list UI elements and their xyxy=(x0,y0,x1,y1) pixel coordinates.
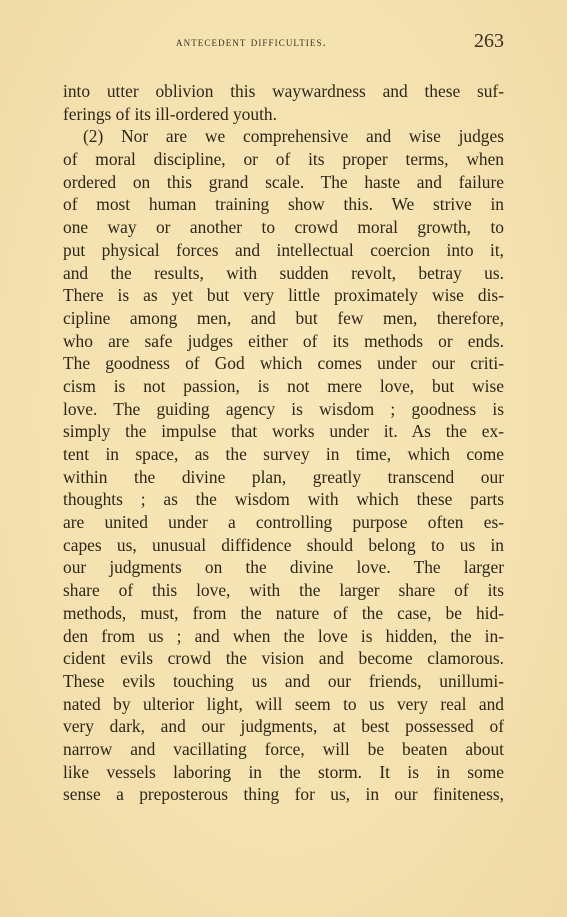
text-line: sense a preposterous thing for us, in ou… xyxy=(63,783,504,806)
text-line: are united under a controlling purpose o… xyxy=(63,511,504,534)
text-line: one way or another to crowd moral growth… xyxy=(63,216,504,239)
text-line: den from us ; and when the love is hidde… xyxy=(63,625,504,648)
text-line: cism is not passion, is not mere love, b… xyxy=(63,375,504,398)
text-line: into utter oblivion this waywardness and… xyxy=(63,80,504,103)
text-line: very dark, and our judgments, at best po… xyxy=(63,715,504,738)
text-line: (2) Nor are we comprehensive and wise ju… xyxy=(63,125,504,148)
book-page: ANTECEDENT DIFFICULTIES. 263 into utter … xyxy=(0,0,567,917)
text-line: ordered on this grand scale. The haste a… xyxy=(63,171,504,194)
page-number: 263 xyxy=(474,30,504,53)
text-line: ferings of its ill-ordered youth. xyxy=(63,103,504,126)
text-line: cident evils crowd the vision and become… xyxy=(63,647,504,670)
text-line: simply the impulse that works under it. … xyxy=(63,420,504,443)
text-line: and the results, with sudden revolt, bet… xyxy=(63,262,504,285)
text-line: of moral discipline, or of its proper te… xyxy=(63,148,504,171)
text-line: These evils touching us and our friends,… xyxy=(63,670,504,693)
text-line: our judgments on the divine love. The la… xyxy=(63,556,504,579)
text-line: tent in space, as the survey in time, wh… xyxy=(63,443,504,466)
body-text: into utter oblivion this waywardness and… xyxy=(63,80,504,806)
running-head: ANTECEDENT DIFFICULTIES. 263 xyxy=(63,30,504,52)
text-line: There is as yet but very little proximat… xyxy=(63,284,504,307)
text-line: nated by ulterior light, will seem to us… xyxy=(63,693,504,716)
text-line: share of this love, with the larger shar… xyxy=(63,579,504,602)
text-line: capes us, unusual diffidence should belo… xyxy=(63,534,504,557)
text-line: The goodness of God which comes under ou… xyxy=(63,352,504,375)
text-line: of most human training show this. We str… xyxy=(63,193,504,216)
text-line: put physical forces and intellectual coe… xyxy=(63,239,504,262)
text-line: like vessels laboring in the storm. It i… xyxy=(63,761,504,784)
text-line: narrow and vacillating force, will be be… xyxy=(63,738,504,761)
text-line: methods, must, from the nature of the ca… xyxy=(63,602,504,625)
text-line: love. The guiding agency is wisdom ; goo… xyxy=(63,398,504,421)
text-line: cipline among men, and but few men, ther… xyxy=(63,307,504,330)
text-line: thoughts ; as the wisdom with which thes… xyxy=(63,488,504,511)
text-line: who are safe judges either of its method… xyxy=(63,330,504,353)
running-title: ANTECEDENT DIFFICULTIES. xyxy=(176,35,327,50)
text-line: within the divine plan, greatly transcen… xyxy=(63,466,504,489)
